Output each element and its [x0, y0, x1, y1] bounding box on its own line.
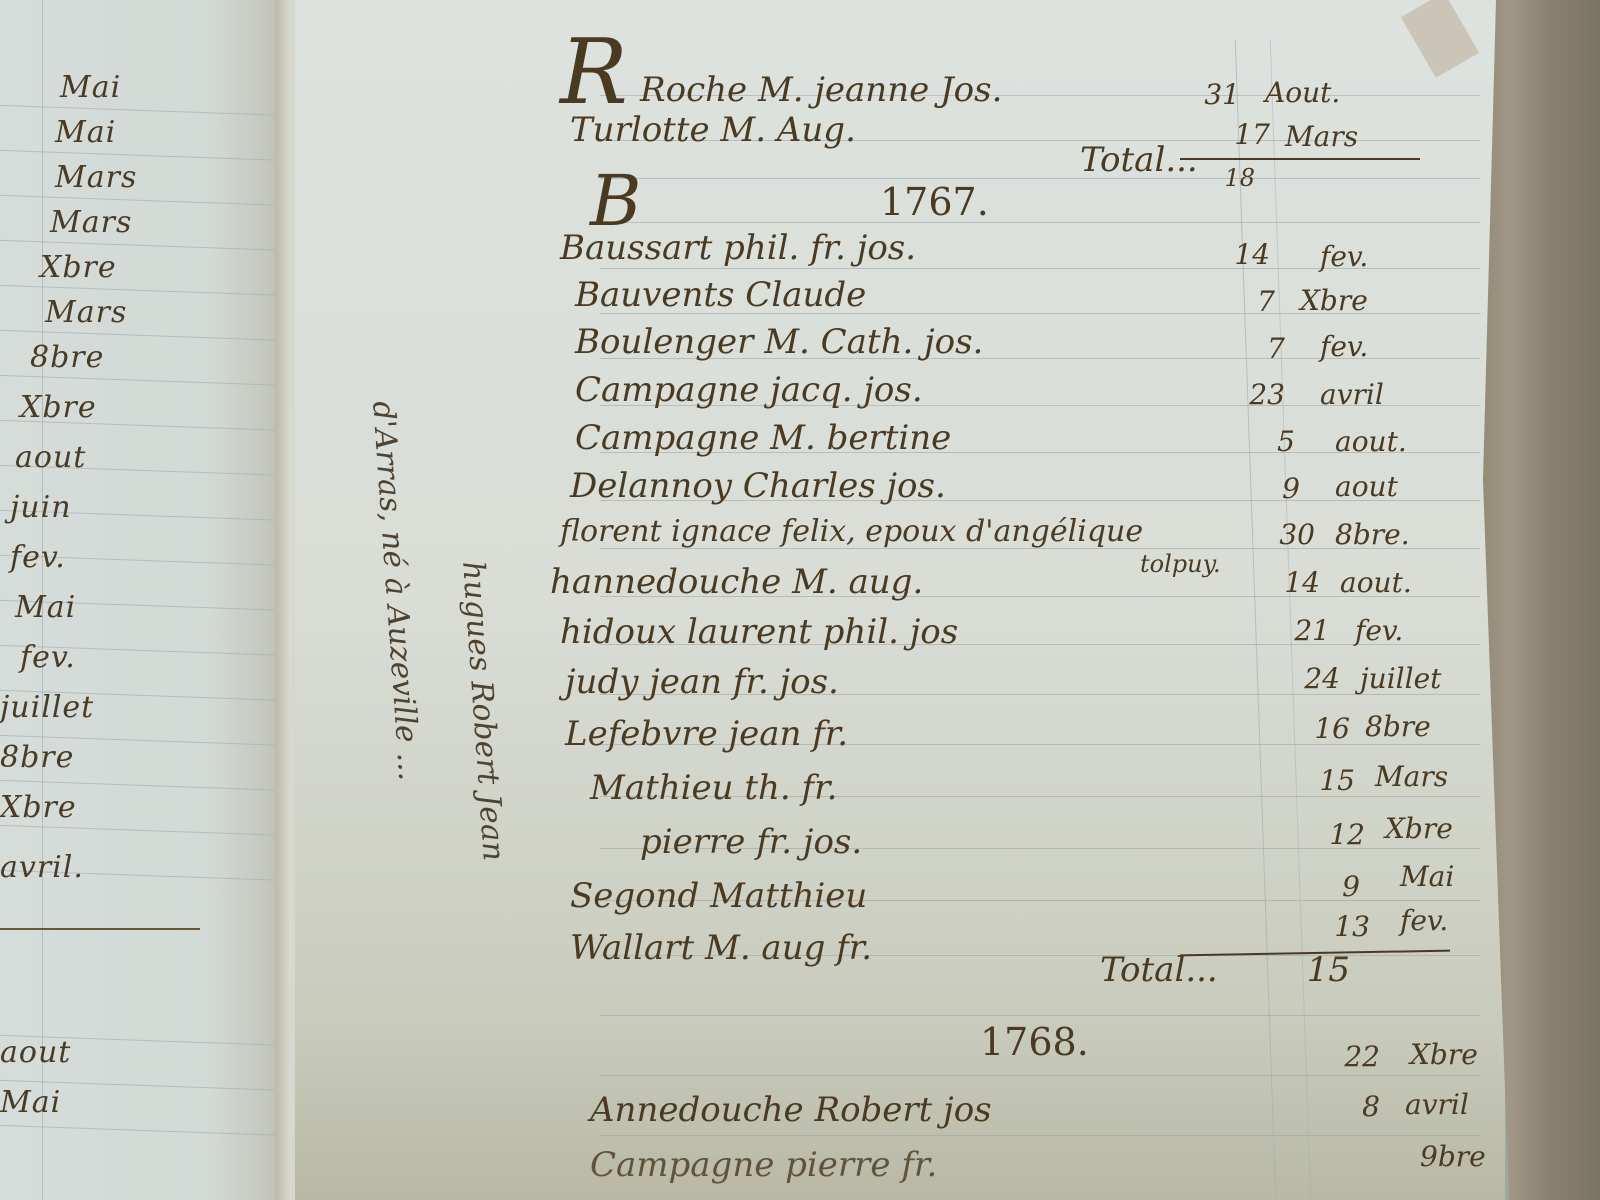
entry-name: Boulenger M. Cath. jos. — [575, 322, 983, 362]
entry-day: 14 — [1210, 238, 1270, 271]
entry-name: Lefebvre jean fr. — [565, 714, 848, 754]
entry-month: 9bre — [1420, 1140, 1486, 1173]
ruled-line — [0, 105, 290, 116]
entry-day: 16 — [1290, 712, 1350, 745]
ruled-line — [0, 825, 290, 836]
entry-name: judy jean fr. jos. — [565, 662, 839, 702]
entry-month: avril — [1320, 378, 1384, 411]
left-month: Mai — [15, 590, 76, 625]
left-month: avril. — [0, 850, 84, 885]
entry-name: Baussart phil. fr. jos. — [560, 228, 916, 268]
ruled-line — [0, 1125, 290, 1136]
total-label: Total... — [1100, 950, 1218, 990]
entry-month: aout. — [1340, 566, 1412, 599]
entry-month: fev. — [1355, 614, 1403, 647]
entry-day: 9 — [1300, 870, 1360, 903]
left-month: aout — [15, 440, 86, 475]
left-month: fev. — [10, 540, 66, 575]
ruled-line — [0, 195, 290, 206]
entry-month: Mai — [1400, 860, 1454, 893]
left-month: 8bre — [0, 740, 74, 775]
left-month: Xbre — [20, 390, 97, 425]
left-month: Mars — [45, 295, 127, 330]
entry-day: 12 — [1305, 818, 1365, 851]
entry-day: 22 — [1320, 1040, 1380, 1073]
year-heading: 1768. — [980, 1020, 1089, 1064]
year-heading: 1767. — [880, 180, 989, 224]
entry-day: 23 — [1225, 378, 1285, 411]
entry-name: pierre fr. jos. — [640, 822, 862, 862]
entry-name: Campagne pierre fr. — [590, 1145, 937, 1185]
total-value: 15 — [1290, 950, 1350, 990]
entry-month: Aout. — [1265, 76, 1340, 109]
entry-name: Mathieu th. fr. — [590, 768, 837, 808]
entry-month: Xbre — [1385, 812, 1453, 845]
entry-day: 5 — [1235, 425, 1295, 458]
entry-day: 7 — [1225, 332, 1285, 365]
left-month: aout — [0, 1035, 71, 1070]
entry-month: aout. — [1335, 425, 1407, 458]
left-month: Xbre — [0, 790, 77, 825]
entry-name: hidoux laurent phil. jos — [560, 612, 958, 652]
ruled-line — [0, 285, 290, 296]
left-month: Mai — [60, 70, 121, 105]
entry-name: Campagne M. bertine — [575, 418, 951, 458]
entry-day: 15 — [1295, 764, 1355, 797]
ruled-line — [0, 150, 290, 161]
entry-name: Delannoy Charles jos. — [570, 466, 946, 506]
entry-name: Campagne jacq. jos. — [575, 370, 923, 410]
total-underline — [1180, 158, 1420, 160]
left-month: Mars — [55, 160, 137, 195]
entry-name: florent ignace felix, epoux d'angélique — [560, 514, 1143, 549]
entry-month: Mars — [1285, 120, 1358, 153]
entry-day: 8 — [1320, 1090, 1380, 1123]
left-month: Mai — [55, 115, 116, 150]
entry-month: fev. — [1400, 904, 1448, 937]
entry-day: 31 — [1180, 78, 1240, 111]
entry-month: aout — [1335, 470, 1398, 503]
entry-name: Turlotte M. Aug. — [570, 110, 856, 150]
entry-name: Roche M. jeanne Jos. — [640, 70, 1002, 110]
entry-month: Mars — [1375, 760, 1448, 793]
entry-name: Segond Matthieu — [570, 876, 867, 916]
entry-day: 21 — [1270, 614, 1330, 647]
entry-day: 30 — [1255, 518, 1315, 551]
entry-month: fev. — [1320, 240, 1368, 273]
entry-day: 9 — [1240, 472, 1300, 505]
ledger-photo: Mai Mai Mars Mars Xbre Mars 8bre Xbre ao… — [0, 0, 1600, 1200]
entry-month: avril — [1405, 1088, 1469, 1121]
left-month: Mai — [0, 1085, 61, 1120]
entry-name: Wallart M. aug fr. — [570, 928, 872, 968]
entry-name: hannedouche M. aug. — [550, 562, 923, 602]
entry-note: tolpuy. — [1140, 550, 1221, 578]
left-total-underline — [0, 928, 200, 930]
entry-month: juillet — [1360, 662, 1441, 695]
entry-month: fev. — [1320, 330, 1368, 363]
entry-name: Bauvents Claude — [575, 275, 866, 315]
left-month: Mars — [50, 205, 132, 240]
entry-month: 8bre — [1365, 710, 1431, 743]
entry-day: 7 — [1215, 285, 1275, 318]
entry-month: 8bre. — [1335, 518, 1410, 551]
total-value: 18 — [1195, 164, 1255, 192]
entry-name: Annedouche Robert jos — [590, 1090, 992, 1130]
left-month: Xbre — [40, 250, 117, 285]
entry-day: 13 — [1310, 910, 1370, 943]
entry-month: Xbre — [1300, 284, 1368, 317]
left-month: juillet — [0, 690, 94, 725]
left-page: Mai Mai Mars Mars Xbre Mars 8bre Xbre ao… — [0, 0, 300, 1200]
left-month: fev. — [20, 640, 76, 675]
total-label: Total... — [1080, 140, 1198, 180]
entry-day: 14 — [1260, 566, 1320, 599]
entry-day: 17 — [1210, 118, 1270, 151]
entry-month: Xbre — [1410, 1038, 1478, 1071]
ruled-line — [0, 375, 290, 386]
left-month: juin — [10, 490, 72, 525]
left-month: 8bre — [30, 340, 104, 375]
entry-day: 24 — [1280, 662, 1340, 695]
